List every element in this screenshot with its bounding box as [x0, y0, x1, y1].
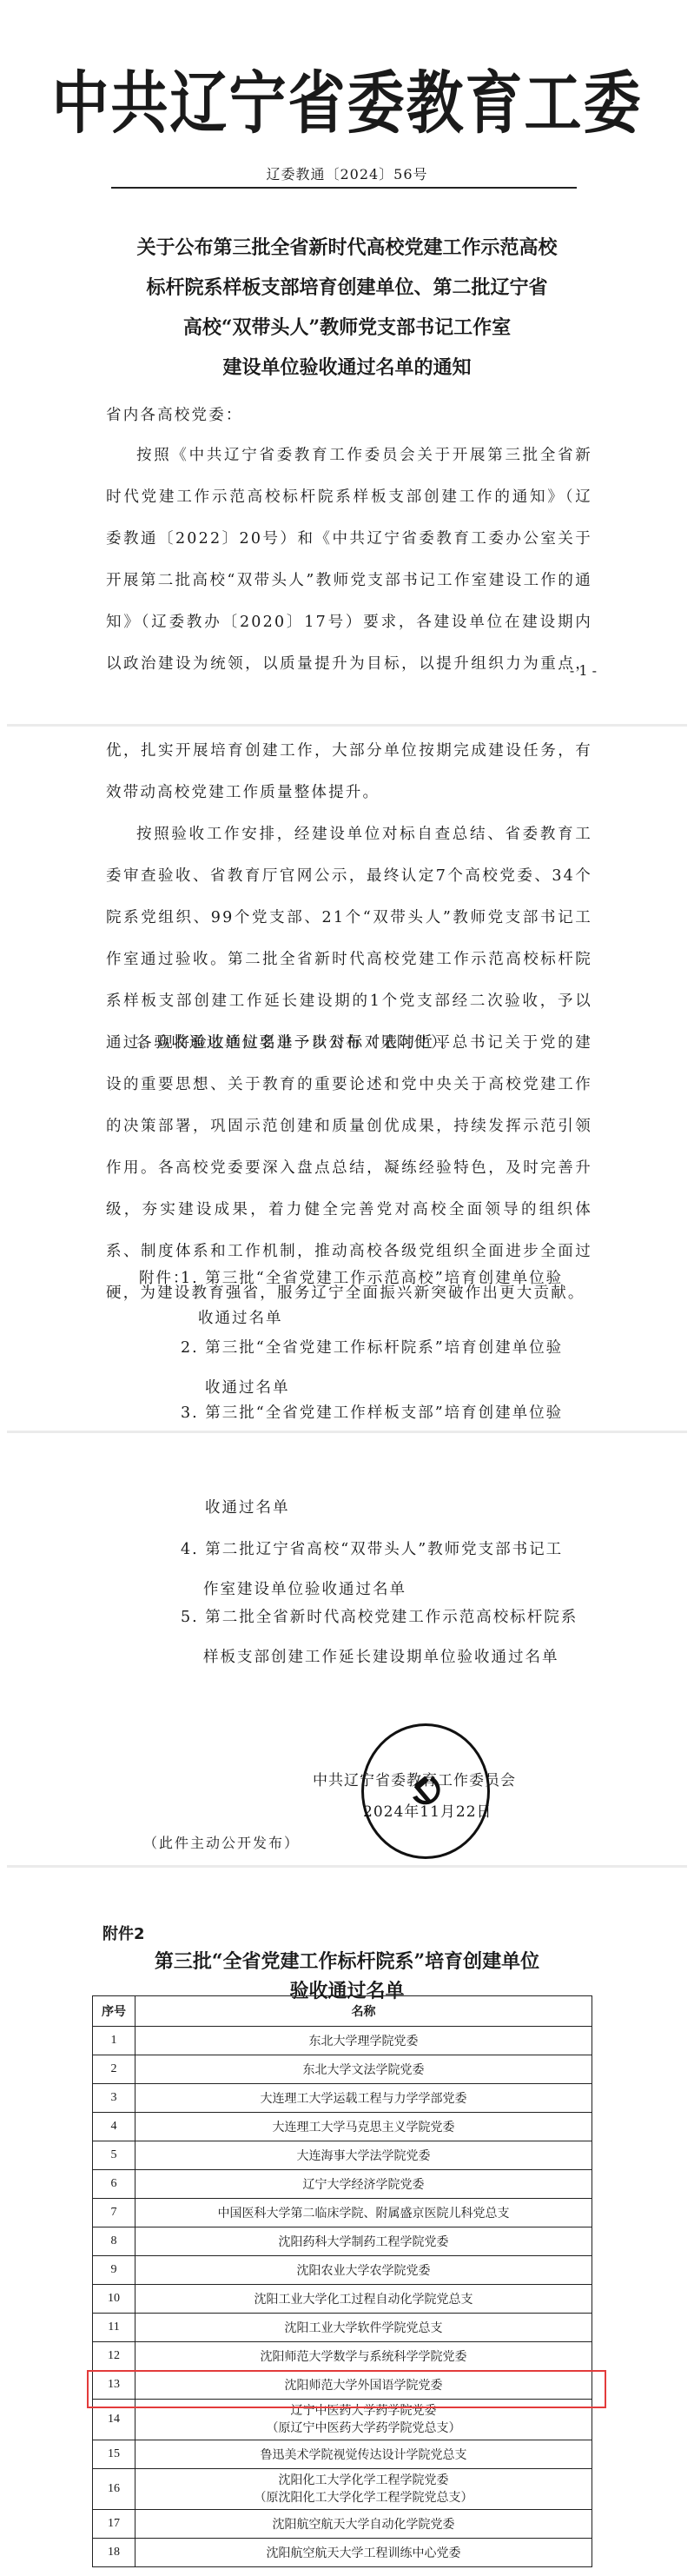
title-line: 高校“双带头人”教师党支部书记工作室 — [0, 308, 694, 348]
row-name: 沈阳师范大学数学与系统科学学院党委 — [135, 2342, 592, 2371]
row-number: 5 — [93, 2141, 135, 2170]
row-number: 2 — [93, 2055, 135, 2084]
table-header: 序号 名称 — [93, 1996, 592, 2027]
table-row: 5大连海事大学法学院党委 — [93, 2141, 592, 2170]
table-row: 17沈阳航空航天大学自动化学院党委 — [93, 2510, 592, 2539]
row-number: 7 — [93, 2199, 135, 2227]
row-name: 辽宁大学经济学院党委 — [135, 2170, 592, 2199]
row-name: 大连理工大学马克思主义学院党委 — [135, 2113, 592, 2141]
row-name-former: （原沈阳化工大学化学工程学院党总支） — [135, 2489, 592, 2506]
attachment-1: 1. 第三批“全省党建工作示范高校”培育创建单位验 收通过名单 — [181, 1258, 563, 1338]
row-number: 18 — [93, 2539, 135, 2567]
row-name: 鲁迅美术学院视觉传达设计学院党总支 — [135, 2440, 592, 2469]
table-row: 16沈阳化工大学化学工程学院党委（原沈阳化工大学化学工程学院党总支） — [93, 2469, 592, 2510]
row-name: 大连理工大学运载工程与力学学部党委 — [135, 2084, 592, 2113]
title-line: 关于公布第三批全省新时代高校党建工作示范高校 — [0, 228, 694, 268]
row-number: 1 — [93, 2027, 135, 2055]
table-row: 15鲁迅美术学院视觉传达设计学院党总支 — [93, 2440, 592, 2469]
title-line: 标杆院系样板支部培育创建单位、第二批辽宁省 — [0, 268, 694, 308]
page-separator — [7, 1431, 687, 1433]
row-name: 沈阳农业大学农学院党委 — [135, 2256, 592, 2285]
attachment-3-continued: 收通过名单 — [205, 1488, 290, 1528]
row-name: 大连海事大学法学院党委 — [135, 2141, 592, 2170]
paragraph-1: 按照《中共辽宁省委教育工作委员会关于开展第三批全省新时代党建工作示范高校标杆院系… — [106, 435, 592, 695]
annex-title-line: 第三批“全省党建工作标杆院系”培育创建单位 — [0, 1947, 694, 1976]
page-number: - 1 - — [570, 662, 597, 679]
row-number: 4 — [93, 2113, 135, 2141]
table-row: 8沈阳药科大学制药工程学院党委 — [93, 2227, 592, 2256]
row-number: 3 — [93, 2084, 135, 2113]
attachment-line: 4. 第二批辽宁省高校“双带头人”教师党支部书记工 — [181, 1530, 563, 1570]
row-name: 东北大学理学院党委 — [135, 2027, 592, 2055]
page-separator — [7, 1865, 687, 1868]
paragraph-1-continued: 优，扎实开展培育创建工作，大部分单位按期完成建设任务，有效带动高校党建工作质量整… — [106, 730, 592, 813]
table-row: 12沈阳师范大学数学与系统科学学院党委 — [93, 2342, 592, 2371]
table-row: 4大连理工大学马克思主义学院党委 — [93, 2113, 592, 2141]
table-row: 3大连理工大学运载工程与力学学部党委 — [93, 2084, 592, 2113]
table-row: 10沈阳工业大学化工过程自动化学院党总支 — [93, 2285, 592, 2314]
row-number: 12 — [93, 2342, 135, 2371]
row-number: 10 — [93, 2285, 135, 2314]
salutation: 省内各高校党委： — [106, 398, 592, 433]
row-number: 16 — [93, 2469, 135, 2510]
highlight-box — [87, 2370, 606, 2408]
attachment-line: 3. 第三批“全省党建工作样板支部”培育创建单位验 — [181, 1393, 563, 1433]
row-number: 15 — [93, 2440, 135, 2469]
header-rule — [111, 187, 577, 189]
table-row: 11沈阳工业大学软件学院党总支 — [93, 2314, 592, 2342]
row-name-former: （原辽宁中医药大学药学院党总支） — [135, 2420, 592, 2437]
hammer-sickle-icon — [406, 1771, 446, 1811]
table-row: 7中国医科大学第二临床学院、附属盛京医院儿科党总支 — [93, 2199, 592, 2227]
attachment-3: 3. 第三批“全省党建工作样板支部”培育创建单位验 — [181, 1393, 563, 1433]
column-number: 序号 — [93, 1996, 135, 2027]
table-row: 6辽宁大学经济学院党委 — [93, 2170, 592, 2199]
attachment-line: 1. 第三批“全省党建工作示范高校”培育创建单位验 — [181, 1258, 563, 1298]
table-row: 2东北大学文法学院党委 — [93, 2055, 592, 2084]
attachment-line: 2. 第三批“全省党建工作标杆院系”培育创建单位验 — [181, 1328, 563, 1368]
row-number: 6 — [93, 2170, 135, 2199]
row-name-line: 沈阳化工大学化学工程学院党委 — [135, 2472, 592, 2489]
masthead: 中共辽宁省委教育工委 — [0, 49, 694, 146]
document-number: 辽委教通〔2024〕56号 — [0, 163, 694, 183]
attachment-5: 5. 第二批全省新时代高校党建工作示范高校标杆院系 样板支部创建工作延长建设期单… — [181, 1597, 578, 1677]
attachment-line: 5. 第二批全省新时代高校党建工作示范高校标杆院系 — [181, 1597, 578, 1637]
table-row: 18沈阳航空航天大学工程训练中心党委 — [93, 2539, 592, 2567]
column-name: 名称 — [135, 1996, 592, 2027]
row-name: 沈阳航空航天大学自动化学院党委 — [135, 2510, 592, 2539]
row-number: 9 — [93, 2256, 135, 2285]
annex-label: 附件2 — [102, 1922, 145, 1944]
accepted-units-table: 序号 名称 1东北大学理学院党委 2东北大学文法学院党委 3大连理工大学运载工程… — [92, 1995, 592, 2567]
attachment-line: 样板支部创建工作延长建设期单位验收通过名单 — [181, 1637, 578, 1677]
row-name: 沈阳航空航天大学工程训练中心党委 — [135, 2539, 592, 2567]
table-row: 1东北大学理学院党委 — [93, 2027, 592, 2055]
row-name: 沈阳工业大学化工过程自动化学院党总支 — [135, 2285, 592, 2314]
row-name: 中国医科大学第二临床学院、附属盛京医院儿科党总支 — [135, 2199, 592, 2227]
row-number: 17 — [93, 2510, 135, 2539]
publication-note: （此件主动公开发布） — [143, 1832, 300, 1852]
row-number: 11 — [93, 2314, 135, 2342]
row-name: 沈阳工业大学软件学院党总支 — [135, 2314, 592, 2342]
row-name: 东北大学文法学院党委 — [135, 2055, 592, 2084]
row-name: 沈阳化工大学化学工程学院党委（原沈阳化工大学化学工程学院党总支） — [135, 2469, 592, 2510]
row-number: 8 — [93, 2227, 135, 2256]
row-name: 沈阳药科大学制药工程学院党委 — [135, 2227, 592, 2256]
official-seal — [361, 1723, 490, 1859]
notice-title: 关于公布第三批全省新时代高校党建工作示范高校 标杆院系样板支部培育创建单位、第二… — [0, 228, 694, 388]
table-row: 9沈阳农业大学农学院党委 — [93, 2256, 592, 2285]
title-line: 建设单位验收通过名单的通知 — [0, 348, 694, 388]
